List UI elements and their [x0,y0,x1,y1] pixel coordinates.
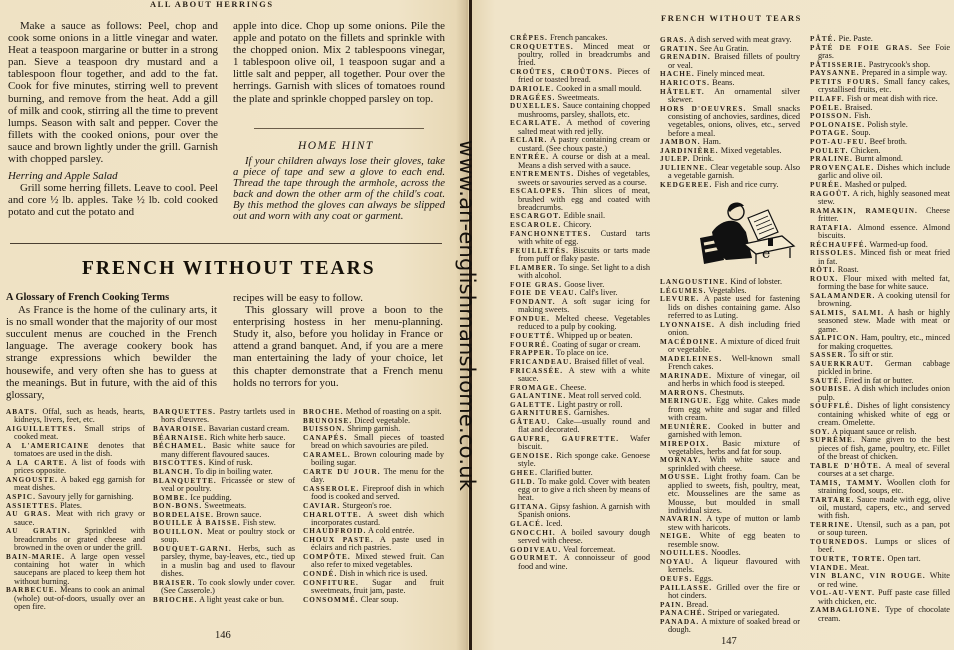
glossary-entry: Barquettes. Pastry tartlets used in hors… [153,408,295,425]
glossary-entry: Table d'hôte. A meal of several courses … [810,462,950,479]
glossary-entry: Caramel. Brown colouring made by boiling… [303,451,444,468]
glossary-definition: Pie. Paste. [839,34,873,43]
glossary-definition: Veal forcemeat. [563,545,615,554]
glossary-entry: Mousse. Light frothy foam. Can be applie… [660,473,800,515]
glossary-entry: Suprême. Name given to the best pieces o… [810,436,950,461]
glossary-intro-text: As France is the home of the culinary ar… [6,304,217,401]
glossary-term: Fricandeau. [510,358,572,366]
glossary-intro-right: recipes will be easy to follow. This glo… [233,292,443,389]
glossary-entry: Fondant. A soft sugar icing for making s… [510,298,650,315]
glossary-entry: Genoise. Rich sponge cake. Genoese style… [510,452,650,469]
glossary-definition: A cold entrée. [368,526,414,535]
glossary-entry: Bouquet-garni. Herbs, such as parsley, t… [153,545,295,578]
glossary-definition: Mixed vegetables. [721,146,782,155]
glossary-column-1: Abats. Offal, such as heads, hearts, kid… [6,408,145,612]
glossary-term: Crêpes. [510,34,548,42]
glossary-entry: Paillasse. Grilled over the fire or hot … [660,584,800,601]
glossary-term: Galette. [510,401,555,409]
glossary-term: Buisson. [303,425,345,433]
glossary-term: Fouetté. [510,332,555,340]
recipe-column-right: apple into dice. Chop up some onions. Pi… [233,20,445,105]
glossary-definition: Iced. [546,519,562,528]
watermark-text: www.an-englishmanshome.co.uk [455,140,479,491]
glossary-column-2: Barquettes. Pastry tartlets used in hors… [153,408,295,604]
glossary-entry: Duxelles. Sauce containing chopped mushr… [510,102,650,119]
glossary-definition: Fried in fat or butter. [844,376,913,385]
glossary-entry: Angouste. A baked egg garnish for meat d… [6,476,145,493]
diner-icon: e [690,198,800,270]
glossary-term: Bombe. [153,494,188,502]
glossary-entry: Entrée. A course or dish at a meal. Mean… [510,153,650,170]
glossary-entry: Ecarlate. A method of covering salted me… [510,119,650,136]
glossary-definition: Eggs. [694,574,713,583]
glossary-definition: Sturgeon's roe. [342,501,391,510]
glossary-entry: Bouillon. Meat or poultry stock or soup. [153,528,295,545]
glossary-entry: Entrements. Dishes of vegetables, sweets… [510,170,650,187]
glossary-entry: Jardinière. Mixed vegetables. [660,147,800,155]
glossary-column-6: Pâté. Pie. Paste.Pâté de foie gras. See … [810,35,950,623]
glossary-term: Pâtisserie. [810,61,867,69]
glossary-entry: Zambaglione. Type of chocolate cream. [810,606,950,623]
glossary-entry: Abats. Offal, such as heads, hearts, kid… [6,408,145,425]
glossary-entry: Ratafia. Almond essence. Almond biscuits… [810,224,950,241]
glossary-term: Purée. [810,181,843,189]
glossary-entry: Barbecue. Means to cook an animal (whole… [6,586,145,611]
glossary-entry: Croquettes. Minced meat or poultry, roll… [510,43,650,68]
glossary-entry: Compôte. Mixed stewed fruit. Can also re… [303,553,444,570]
glossary-entry: Soubise. A dish which includes onion pul… [810,385,950,402]
glossary-entry: Choux paste. A paste used in éclairs and… [303,536,444,553]
glossary-term: Dariole. [510,85,554,93]
glossary-definition: Edible snail. [564,211,605,220]
glossary-term: Pain. [660,601,684,609]
glossary-column-3: Broche. Method of roasting on a spit.Bru… [303,408,444,604]
glossary-term: Dragées. [510,94,555,102]
glossary-definition: Diced vegetable. [354,416,410,425]
salad-paragraph: Grill some herring fillets. Leave to coo… [8,182,218,218]
glossary-term: Bavaroise. [153,425,207,433]
glossary-entry: Provençale. Dishes which include garlic … [810,164,950,181]
glossary-entry: Marinade. Mixture of vinegar, oil and he… [660,372,800,389]
glossary-entry: Casserole. Fireproof dish in which food … [303,485,444,502]
glossary-heading: A Glossary of French Cooking Terms [6,292,217,304]
glossary-entry: Gnocchi. A boiled savoury dough served w… [510,529,650,546]
glossary-term: Fromage. [510,384,558,392]
glossary-entry: Blanquette. Fricassée or stew of veal or… [153,477,295,494]
glossary-definition: Braised fillet of veal. [574,357,644,366]
glossary-entry: Flamber. To singe. Set light to a dish w… [510,264,650,281]
glossary-definition: Sweetmeats. [204,501,246,510]
glossary-entry: Pâté de foie gras. See Foie gras. [810,44,950,61]
glossary-definition: Beans. [712,78,734,87]
glossary-term: Caviar. [303,502,340,510]
glossary-definition: Chestnuts. [710,388,745,397]
glossary-definition: Clear soup. [361,595,399,604]
glossary-entry: Fricassée. A stew with a white sauce. [510,367,650,384]
glossary-term: Bordelaise. [153,511,214,519]
glossary-term: Escargot. [510,212,562,220]
glossary-definition: Ice pudding. [190,493,231,502]
glossary-definition: A light yeast cake or bun. [199,595,284,604]
glossary-entry: Au gratin. Sprinkled with breadcrumbs or… [6,527,145,552]
glossary-definition: Savoury jelly for garnishing. [38,492,133,501]
glossary-definition: Prepared in a simple way. [862,68,947,77]
glossary-definition: Finely minced meat. [697,69,765,78]
glossary-entry: Au gras. Meat with rich gravy or sauce. [6,510,145,527]
glossary-entry: Croûtes, croûtons. Pieces of fried or to… [510,68,650,85]
glossary-definition: Kind of lobster. [730,277,782,286]
glossary-entry: Tournedos. Lumps or slices of beef. [810,538,950,555]
glossary-entry: Mornay. With white sauce and sprinkled w… [660,456,800,473]
glossary-term: Poisson. [810,112,852,120]
glossary-intro-cont-2: This glossary will prove a boon to the e… [233,304,443,389]
glossary-definition: Fish stew. [243,518,276,527]
glossary-definition: Chicken. [851,146,881,155]
glossary-term: Broche. [303,408,344,416]
glossary-entry: Kedgeree. Fish and rice curry. [660,181,800,189]
glossary-term: Foie gras. [510,281,562,289]
glossary-term: Haricots. [660,79,710,87]
glossary-definition: Pastrycook's shop. [869,60,930,69]
salad-heading: Herring and Apple Salad [8,170,218,182]
glossary-term: Kedgeree. [660,181,712,189]
glossary-term: Jambon. [660,138,701,146]
glossary-entry: Ragoût. A rich, highly seasoned meat ste… [810,190,950,207]
glossary-term: Sasser. [810,351,847,359]
glossary-definition: French pancakes. [550,33,608,42]
glossary-definition: Dish in which rice is used. [339,569,427,578]
glossary-entry: Gild. To make gold. Cover with beaten eg… [510,478,650,503]
glossary-term: Chaudfroid. [303,527,366,535]
glossary-definition: Fish or meat dish with rice. [847,94,938,103]
glossary-entry: Brioche. A light yeast cake or bun. [153,596,295,604]
glossary-term: Condé. [303,570,337,578]
glossary-definition: To dip in boiling water. [195,467,273,476]
glossary-term: Frapper. [510,349,554,357]
glossary-entry: Gâteau. Cake—usually round and flat and … [510,418,650,435]
glossary-definition: Noodles. [711,548,741,557]
glossary-entry: Neige. White of egg beaten to resemble s… [660,532,800,549]
glossary-definition: Chicory. [563,220,591,229]
glossary-definition: Braised. [845,103,872,112]
glossary-definition: Goose liver. [564,280,604,289]
glossary-definition: Ham. [703,137,721,146]
glossary-definition: Striped or variegated. [708,608,780,617]
home-hint-text: If your children always lose their glove… [233,156,445,223]
glossary-entry: Consommé. Clear soup. [303,596,444,604]
glossary-entry: Tartare. Sauce made with egg, olive oil,… [810,496,950,521]
glossary-term: Bon-bons. [153,502,202,510]
glossary-term: Ghee. [510,469,538,477]
glossary-entry: Salmis, salmi. A hash or highly seasoned… [810,309,950,334]
glossary-term: Glacé. [510,520,544,528]
glossary-term: Marrons. [660,389,708,397]
man-reading-menu-illustration: e [690,198,800,270]
glossary-term: Praline. [810,155,853,163]
glossary-entry: Carte du jour. The menu for the day. [303,468,444,485]
glossary-column-5: Gras. A dish served with meat gravy.Grat… [660,36,800,190]
glossary-intro-left: A Glossary of French Cooking Terms As Fr… [6,292,217,401]
running-head-left: ALL ABOUT HERRINGS [150,0,274,9]
glossary-term: Aspic. [6,493,36,501]
hint-divider [254,128,424,129]
glossary-definition: To place on ice. [556,348,608,357]
glossary-term: Oeufs. [660,575,692,583]
glossary-definition: Vegetables. [708,286,746,295]
glossary-intro-cont: recipes will be easy to follow. [233,292,443,304]
glossary-term: Gras. [660,36,687,44]
glossary-definition: Meat roll served cold. [568,391,641,400]
home-hint-title: HOME HINT [298,140,374,152]
glossary-entry: Gitana. Gipsy fashion. A garnish with Sp… [510,503,650,520]
glossary-entry: Vol-au-vent. Puff paste case filled with… [810,589,950,606]
glossary-definition: Light pastry or roll. [557,400,622,409]
glossary-term: Béarnaise. [153,434,208,442]
glossary-entry: Béchamel. Basic white sauce for many dif… [153,442,295,459]
glossary-entry: Salpicon. Ham, poultry, etc., minced for… [810,334,950,351]
glossary-entry: Levure. A paste used for fastening lids … [660,295,800,320]
glossary-definition: Cheese. [560,383,586,392]
book-spread: ALL ABOUT HERRINGS Make a sauce as follo… [0,0,954,650]
glossary-entry: Charlotte. A sweet dish which incorporat… [303,511,444,528]
glossary-definition: Sweetmeats. [557,93,599,102]
glossary-entry: Bain-marie. A large open vessel containi… [6,553,145,586]
glossary-entry: Fanchonnettes. Custard tarts with white … [510,230,650,247]
glossary-definition: Shrimp garnish. [347,424,400,433]
glossary-entry: Escalopes. Thin slices of meat, brushed … [510,187,650,212]
glossary-definition: To make gold. Cover with beaten egg or t… [518,477,650,503]
glossary-entry: Confiture. Sugar and fruit sweetmeats, f… [303,579,444,596]
glossary-entry: Soufflé. Dishes of light consistency con… [810,402,950,427]
glossary-term: Potage. [810,129,849,137]
glossary-entry: Vin blanc, vin rouge. White or red wine. [810,572,950,589]
glossary-term: Poële. [810,104,843,112]
glossary-term: Hache. [660,70,695,78]
glossary-term: Rôti. [810,266,836,274]
glossary-definition: Flour mixed with melted fat, forming the… [818,274,950,291]
glossary-entry: Grenadin. Braised fillets of poultry or … [660,53,800,70]
glossary-column-5-continued: Langoustine. Kind of lobster.Légumes. Ve… [660,278,800,635]
glossary-entry: Macédoine. A mixture of diced fruit or v… [660,338,800,355]
illustration-letter: e [762,246,770,262]
glossary-entry: Canapés. Small pieces of toasted bread o… [303,434,444,451]
glossary-term: Sauté. [810,377,842,385]
glossary-entry: Pilaff. Fish or meat dish with rice. [810,95,950,103]
glossary-definition: Mashed or pulped. [845,180,907,189]
glossary-definition: Kind of rusk. [209,458,253,467]
glossary-term: Fourré. [510,341,550,349]
glossary-definition: Whipped up or beaten. [557,331,633,340]
glossary-entry: Meunière. Cooked in butter and garnished… [660,423,800,440]
glossary-entry: Madeleines. Well-known small French cake… [660,355,800,372]
sauce-paragraph: Make a sauce as follows: Peel, chop and … [8,20,218,165]
glossary-definition: Beef broth. [870,137,907,146]
glossary-entry: Tamis, tammy. Woollen cloth for strainin… [810,479,950,496]
glossary-term: Godiveau. [510,546,561,554]
glossary-entry: Gourmet. A connoisseur of good food and … [510,554,650,571]
glossary-entry: A la carte. A list of foods with prices … [6,459,145,476]
glossary-term: Pilaff. [810,95,845,103]
glossary-entry: Hâtelet. An ornamental silver skewer. [660,88,800,105]
watermark: www.an-englishmanshome.co.uk [455,140,485,500]
glossary-definition: Burnt almond. [855,154,903,163]
glossary-definition: Polish style. [867,120,908,129]
glossary-entry: Ramakin, ramequin. Cheese fritter. [810,207,950,224]
glossary-definition: See Au Gratin. [700,44,749,53]
recipe-column-left: Make a sauce as follows: Peel, chop and … [8,20,218,219]
glossary-definition: A dish served with meat gravy. [689,35,792,44]
glossary-definition: Cooked in a small mould. [556,84,642,93]
glossary-entry: Feuilletés. Biscuits or tarts made from … [510,247,650,264]
glossary-entry: Braiser. To cook slowly under cover. (Se… [153,579,295,596]
page-number-right: 147 [721,636,737,647]
glossary-entry: Aiguillettes. Small strips of cooked mea… [6,425,145,442]
glossary-entry: Tourte, torte. Open tart. [810,555,950,563]
glossary-term: Soy. [810,428,830,436]
glossary-term: Escarole. [510,221,561,229]
glossary-entry: Terrine. Utensil, such as a pan, pot or … [810,521,950,538]
glossary-entry: Salamander. A cooking utensil for browni… [810,292,950,309]
glossary-entry: Petits fours. Small fancy cakes, crystal… [810,78,950,95]
page-number-left: 146 [215,630,231,641]
glossary-entry: Meringue. Egg white. Cakes made from egg… [660,397,800,422]
glossary-entry: Noyau. A liqueur flavoured with kernels. [660,558,800,575]
glossary-definition: To sift or stir. [849,350,894,359]
glossary-definition: Coating of sugar or cream. [552,340,641,349]
glossary-entry: Lyonnaise. A dish including fried onion. [660,321,800,338]
glossary-definition: Bavarian custard cream. [209,424,289,433]
glossary-column-4: Crêpes. French pancakes.Croquettes. Minc… [510,34,650,571]
glossary-definition: Method of roasting on a spit. [346,407,442,416]
glossary-entry: Poële. Braised. [810,104,950,112]
glossary-entry: Panada. A mixture of soaked bread or dou… [660,618,800,635]
chapter-title: FRENCH WITHOUT TEARS [82,258,376,280]
glossary-entry: Hors d'oeuvres. Small snacks consisting … [660,105,800,138]
glossary-entry: A l'Americaine denotes that tomatoes are… [6,442,145,459]
glossary-definition: Drink. [693,154,714,163]
glossary-entry: Gaufre, gaufrette. Wafer biscuit. [510,435,650,452]
glossary-entry: Julienne. Clear vegetable soup. Also a v… [660,164,800,181]
glossary-definition: Warmed-up food. [869,240,927,249]
glossary-term: Julep. [660,155,691,163]
glossary-term: Brioche. [153,596,198,604]
glossary-term: Paysanne. [810,69,860,77]
glossary-entry: Roux. Flour mixed with melted fat, formi… [810,275,950,292]
glossary-entry: Fondue. Melted cheese. Vegetables reduce… [510,315,650,332]
glossary-term: Viande. [810,564,848,572]
glossary-definition: Fish. [854,111,870,120]
glossary-definition: Clarified butter. [540,468,593,477]
glossary-definition: Calf's liver. [580,288,618,297]
glossary-term: Consommé. [303,596,359,604]
glossary-definition: Open tart. [888,554,921,563]
glossary-term: Poulet. [810,147,849,155]
glossary-term: Blanch. [153,468,193,476]
glossary-definition: Fish and rice curry. [715,180,779,189]
glossary-entry: Mirepoix. Basic mixture of vegetables, h… [660,440,800,457]
glossary-entry: Polonaise. Polish style. [810,121,950,129]
glossary-entry: Eclair. A pastry containing cream or cus… [510,136,650,153]
glossary-term: Pâté. [810,35,836,43]
glossary-entry: Sauerkraut. German cabbage pickled in br… [810,360,950,377]
glossary-definition: Meat. [850,563,869,572]
glossary-definition: Roast. [838,265,859,274]
glossary-term: Gratin. [660,45,698,53]
section-divider [10,243,442,244]
glossary-entry: Navarin. A type of mutton or lamb stew w… [660,515,800,532]
glossary-definition: Plates. [60,501,82,510]
salad-continued: apple into dice. Chop up some onions. Pi… [233,20,445,105]
glossary-entry: Rissoles. Minced fish or meat fried in f… [810,249,950,266]
running-head-right: FRENCH WITHOUT TEARS [661,14,802,23]
home-hint-body: If your children always lose their glove… [233,156,445,223]
glossary-definition: Soup. [851,128,870,137]
glossary-term: Tourte, torte. [810,555,885,563]
